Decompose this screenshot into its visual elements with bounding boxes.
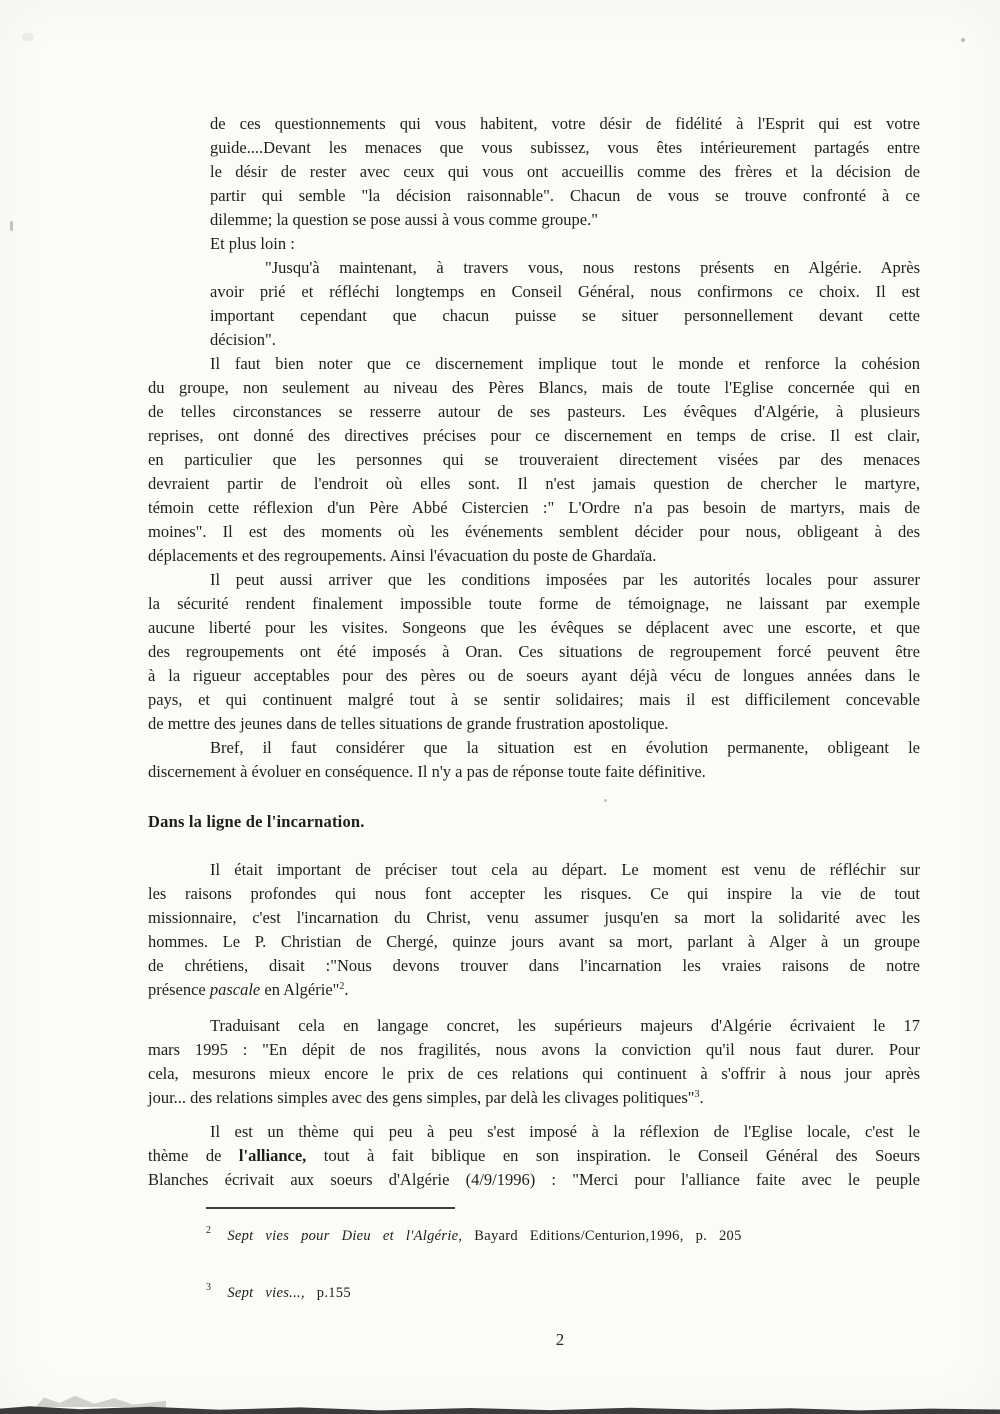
footnotes: 2Sept vies pour Dieu et l'Algérie, Bayar…: [206, 1220, 866, 1334]
text-line: Bref, il faut considérer que la situatio…: [148, 736, 920, 760]
scan-speck: [10, 221, 13, 231]
text-line: du groupe, non seulement au niveau des P…: [148, 376, 920, 400]
text-line: des regroupements ont été imposés à Oran…: [148, 640, 920, 664]
text-line: Il faut bien noter que ce discernement i…: [148, 352, 920, 376]
text-line: "Jusqu'à maintenant, à travers vous, nou…: [210, 256, 920, 280]
text-line: de chrétiens, disait :"Nous devons trouv…: [148, 954, 920, 978]
paragraph: Et plus loin :: [210, 232, 920, 256]
text-line: le désir de rester avec ceux qui vous on…: [210, 160, 920, 184]
paragraph: Traduisant cela en langage concret, les …: [148, 1014, 920, 1110]
text-line: Blanches écrivait aux soeurs d'Algérie (…: [148, 1168, 920, 1192]
text-line: Il était important de préciser tout cela…: [148, 858, 920, 882]
text-line: important cependant que chacun puisse se…: [210, 304, 920, 328]
scan-smudge: [36, 1391, 166, 1407]
paragraph: Bref, il faut considérer que la situatio…: [148, 736, 920, 784]
text-line: la sécurité rendent finalement impossibl…: [148, 592, 920, 616]
text-line: à la rigueur acceptables pour des pères …: [148, 664, 920, 688]
text-line: devraient partir de l'endroit où elles s…: [148, 472, 920, 496]
text-segment: .: [344, 980, 348, 999]
text-line: Et plus loin :: [210, 232, 920, 256]
quote-paragraph: de ces questionnements qui vous habitent…: [210, 112, 920, 232]
footnote: 3Sept vies..., p.155: [206, 1277, 866, 1304]
text-line: mars 1995 : "En dépit de nos fragilités,…: [148, 1038, 920, 1062]
text-segment: tout à fait biblique en son inspiration.…: [306, 1146, 920, 1165]
scan-speck: [22, 33, 34, 41]
text-line: discernement à évoluer en conséquence. I…: [148, 760, 920, 784]
text-line: Il est un thème qui peu à peu s'est impo…: [148, 1120, 920, 1144]
text-segment: Sept vies pour Dieu et l'Algérie,: [227, 1228, 462, 1244]
text-segment: .: [700, 1088, 704, 1107]
text-line: partir qui semble "la décision raisonnab…: [210, 184, 920, 208]
text-line: déplacements et des regroupements. Ainsi…: [148, 544, 920, 568]
footnote: 2Sept vies pour Dieu et l'Algérie, Bayar…: [206, 1220, 866, 1247]
text-line: de telles circonstances se resserre auto…: [148, 400, 920, 424]
footnote-marker: 2: [206, 1225, 211, 1236]
section-heading: Dans la ligne de l'incarnation.: [148, 810, 920, 834]
text-line: témoin cette réflexion d'un Père Abbé Ci…: [148, 496, 920, 520]
text-segment: Bayard Editions/Centurion,1996, p. 205: [462, 1228, 741, 1244]
scan-speck: [604, 799, 607, 802]
text-segment: en Algérie": [260, 980, 339, 999]
paragraph: Il faut bien noter que ce discernement i…: [148, 352, 920, 568]
text-line: moines". Il est des moments où les événe…: [148, 520, 920, 544]
text-segment: thème de: [148, 1146, 239, 1165]
scan-speck: [961, 38, 965, 42]
text-line: reprises, ont donné des directives préci…: [148, 424, 920, 448]
text-line: dilemme; la question se pose aussi à vou…: [210, 208, 920, 232]
text-line: Il peut aussi arriver que les conditions…: [148, 568, 920, 592]
text-segment: pascale: [210, 980, 260, 999]
text-line: avoir prié et réfléchi longtemps en Cons…: [210, 280, 920, 304]
text-segment: Sept vies...,: [227, 1285, 305, 1301]
text-line: Traduisant cela en langage concret, les …: [148, 1014, 920, 1038]
text-segment: présence: [148, 980, 210, 999]
text-line: décision".: [210, 328, 920, 352]
footnote-marker: 3: [206, 1282, 211, 1293]
paragraph: Il peut aussi arriver que les conditions…: [148, 568, 920, 736]
paragraph: Il était important de préciser tout cela…: [148, 858, 920, 1002]
text-line: de ces questionnements qui vous habitent…: [210, 112, 920, 136]
text-line: les raisons profondes qui nous font acce…: [148, 882, 920, 906]
text-line: guide....Devant les menaces que vous sub…: [210, 136, 920, 160]
text-segment: jour... des relations simples avec des g…: [148, 1088, 695, 1107]
page-number: 2: [0, 1330, 1000, 1350]
document-content: de ces questionnements qui vous habitent…: [148, 112, 920, 1192]
text-line: pays, et qui continuent malgré tout à se…: [148, 688, 920, 712]
quote-paragraph: "Jusqu'à maintenant, à travers vous, nou…: [210, 256, 920, 352]
text-line: présence pascale en Algérie"2.: [148, 978, 920, 1002]
text-line: thème de l'alliance, tout à fait bibliqu…: [148, 1144, 920, 1168]
text-segment: p.155: [305, 1285, 351, 1301]
text-line: en particulier que les personnes qui se …: [148, 448, 920, 472]
text-line: cela, mesurons mieux encore le prix de c…: [148, 1062, 920, 1086]
text-line: jour... des relations simples avec des g…: [148, 1086, 920, 1110]
text-line: de mettre des jeunes dans de telles situ…: [148, 712, 920, 736]
text-line: hommes. Le P. Christian de Chergé, quinz…: [148, 930, 920, 954]
document-page: de ces questionnements qui vous habitent…: [0, 0, 1000, 1414]
text-segment: l'alliance,: [239, 1146, 306, 1165]
text-line: aucune liberté pour les visites. Songeon…: [148, 616, 920, 640]
text-line: missionnaire, c'est l'incarnation du Chr…: [148, 906, 920, 930]
paragraph: Il est un thème qui peu à peu s'est impo…: [148, 1120, 920, 1192]
footnote-separator: [206, 1207, 455, 1209]
